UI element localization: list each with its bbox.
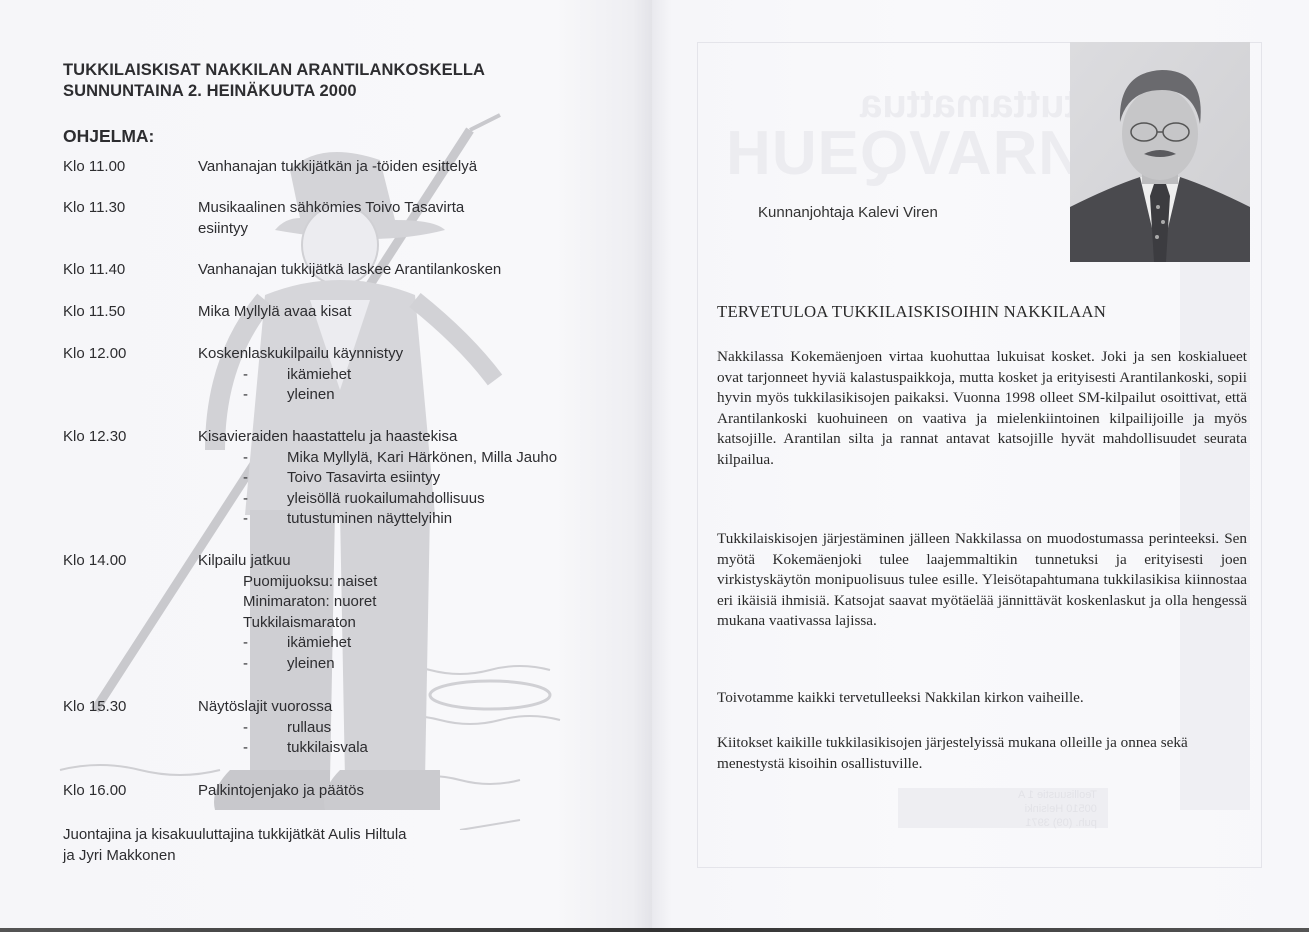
event-title: TUKKILAISKISAT NAKKILAN ARANTILANKOSKELL… bbox=[63, 60, 485, 102]
schedule-subheading: Minimaraton: nuoret bbox=[198, 592, 618, 613]
article-paragraph: Kiitokset kaikille tukkilasikisojen järj… bbox=[717, 733, 1247, 774]
schedule-event: Kilpailu jatkuu Puomijuoksu: naiset Mini… bbox=[198, 551, 618, 674]
schedule-subitem: -tutustuminen näyttelyihin bbox=[198, 509, 618, 530]
schedule-event: Vanhanajan tukkijätkän ja -töiden esitte… bbox=[198, 157, 618, 178]
schedule-time: Klo 12.00 bbox=[63, 344, 193, 365]
subitem-text: tutustuminen näyttelyihin bbox=[287, 510, 452, 527]
schedule-subitem: -Toivo Tasavirta esiintyy bbox=[198, 468, 618, 489]
schedule-time: Klo 11.50 bbox=[63, 302, 193, 323]
subitem-text: yleinen bbox=[287, 386, 335, 403]
bullet: - bbox=[198, 385, 287, 406]
schedule-subitem: -ikämiehet bbox=[198, 365, 618, 386]
schedule-subitem: -yleisöllä ruokailumahdollisuus bbox=[198, 489, 618, 510]
subitem-text: tukkilaisvala bbox=[287, 739, 368, 756]
schedule-time: Klo 16.00 bbox=[63, 781, 193, 802]
subitem-text: rullaus bbox=[287, 719, 331, 736]
bullet: - bbox=[198, 448, 287, 469]
bullet: - bbox=[198, 468, 287, 489]
schedule-subheading: Puomijuoksu: naiset bbox=[198, 572, 618, 593]
subitem-text: yleisöllä ruokailumahdollisuus bbox=[287, 490, 485, 507]
event-title-line1: TUKKILAISKISAT NAKKILAN ARANTILANKOSKELL… bbox=[63, 60, 485, 81]
hosts-note-line: ja Jyri Makkonen bbox=[63, 845, 583, 866]
event-date: SUNNUNTAINA 2. HEINÄKUUTA 2000 bbox=[63, 81, 485, 102]
schedule-event: Näytöslajit vuorossa -rullaus -tukkilais… bbox=[198, 697, 618, 759]
article-paragraph: Tukkilaiskisojen järjestäminen jälleen N… bbox=[717, 529, 1247, 632]
schedule-subitem: -yleinen bbox=[198, 385, 618, 406]
schedule-time: Klo 11.40 bbox=[63, 260, 193, 281]
schedule-subitem: -rullaus bbox=[198, 718, 618, 739]
schedule-time: Klo 14.00 bbox=[63, 551, 193, 572]
schedule-subitem: -Mika Myllylä, Kari Härkönen, Milla Jauh… bbox=[198, 448, 618, 469]
bullet: - bbox=[198, 509, 287, 530]
subitem-text: ikämiehet bbox=[287, 634, 351, 651]
welcome-article: TERVETULOA TUKKILAISKISOIHIN NAKKILAAN N… bbox=[717, 302, 1247, 322]
schedule-event: Musikaalinen sähkömies Toivo Tasavirta e… bbox=[198, 198, 618, 239]
schedule-subheading: Tukkilaismaraton bbox=[198, 613, 618, 634]
schedule-event: Vanhanajan tukkijätkä laskee Arantilanko… bbox=[198, 260, 618, 281]
subitem-text: ikämiehet bbox=[287, 366, 351, 383]
schedule-event-text: Koskenlaskukilpailu käynnistyy bbox=[198, 344, 618, 365]
bullet: - bbox=[198, 718, 287, 739]
schedule-event-text: esiintyy bbox=[198, 219, 618, 240]
article-paragraph: Nakkilassa Kokemäenjoen virtaa kuohuttaa… bbox=[717, 347, 1247, 471]
hosts-note-line: Juontajina ja kisakuuluttajina tukkijätk… bbox=[63, 824, 583, 845]
schedule-subitem: -ikämiehet bbox=[198, 633, 618, 654]
bullet: - bbox=[198, 654, 287, 675]
portrait-caption: Kunnanjohtaja Kalevi Viren bbox=[758, 204, 938, 221]
schedule-subitem: -yleinen bbox=[198, 654, 618, 675]
booklet-spread: TUKKILAISKISAT NAKKILAN ARANTILANKOSKELL… bbox=[0, 0, 1309, 928]
schedule-subitem: -tukkilaisvala bbox=[198, 738, 618, 759]
schedule-time: Klo 12.30 bbox=[63, 427, 193, 448]
bullet: - bbox=[198, 489, 287, 510]
bullet: - bbox=[198, 365, 287, 386]
schedule-event-text: Musikaalinen sähkömies Toivo Tasavirta bbox=[198, 198, 618, 219]
subitem-text: Toivo Tasavirta esiintyy bbox=[287, 469, 440, 486]
subitem-text: yleinen bbox=[287, 655, 335, 672]
schedule-event-text: Kilpailu jatkuu bbox=[198, 551, 618, 572]
program-page: TUKKILAISKISAT NAKKILAN ARANTILANKOSKELL… bbox=[0, 0, 652, 928]
article-paragraph: Toivotamme kaikki tervetulleeksi Nakkila… bbox=[717, 688, 1247, 709]
portrait-photo bbox=[1070, 42, 1250, 262]
program-content: TUKKILAISKISAT NAKKILAN ARANTILANKOSKELL… bbox=[0, 0, 652, 928]
schedule-event: Kisavieraiden haastattelu ja haastekisa … bbox=[198, 427, 618, 530]
scanner-edge bbox=[0, 928, 1309, 932]
bullet: - bbox=[198, 633, 287, 654]
schedule-event-text: Näytöslajit vuorossa bbox=[198, 697, 618, 718]
schedule-event-text: Kisavieraiden haastattelu ja haastekisa bbox=[198, 427, 618, 448]
schedule-time: Klo 11.00 bbox=[63, 157, 193, 178]
portrait-image bbox=[1070, 42, 1250, 262]
article-heading: TERVETULOA TUKKILAISKISOIHIN NAKKILAAN bbox=[717, 302, 1247, 322]
hosts-note: Juontajina ja kisakuuluttajina tukkijätk… bbox=[63, 824, 583, 866]
schedule-event: Koskenlaskukilpailu käynnistyy -ikämiehe… bbox=[198, 344, 618, 406]
schedule-event: Palkintojenjako ja päätös bbox=[198, 781, 618, 802]
program-heading: OHJELMA: bbox=[63, 126, 154, 147]
schedule-time: Klo 15.30 bbox=[63, 697, 193, 718]
schedule-event: Mika Myllylä avaa kisat bbox=[198, 302, 618, 323]
schedule-time: Klo 11.30 bbox=[63, 198, 193, 219]
subitem-text: Mika Myllylä, Kari Härkönen, Milla Jauho bbox=[287, 449, 557, 466]
bullet: - bbox=[198, 738, 287, 759]
